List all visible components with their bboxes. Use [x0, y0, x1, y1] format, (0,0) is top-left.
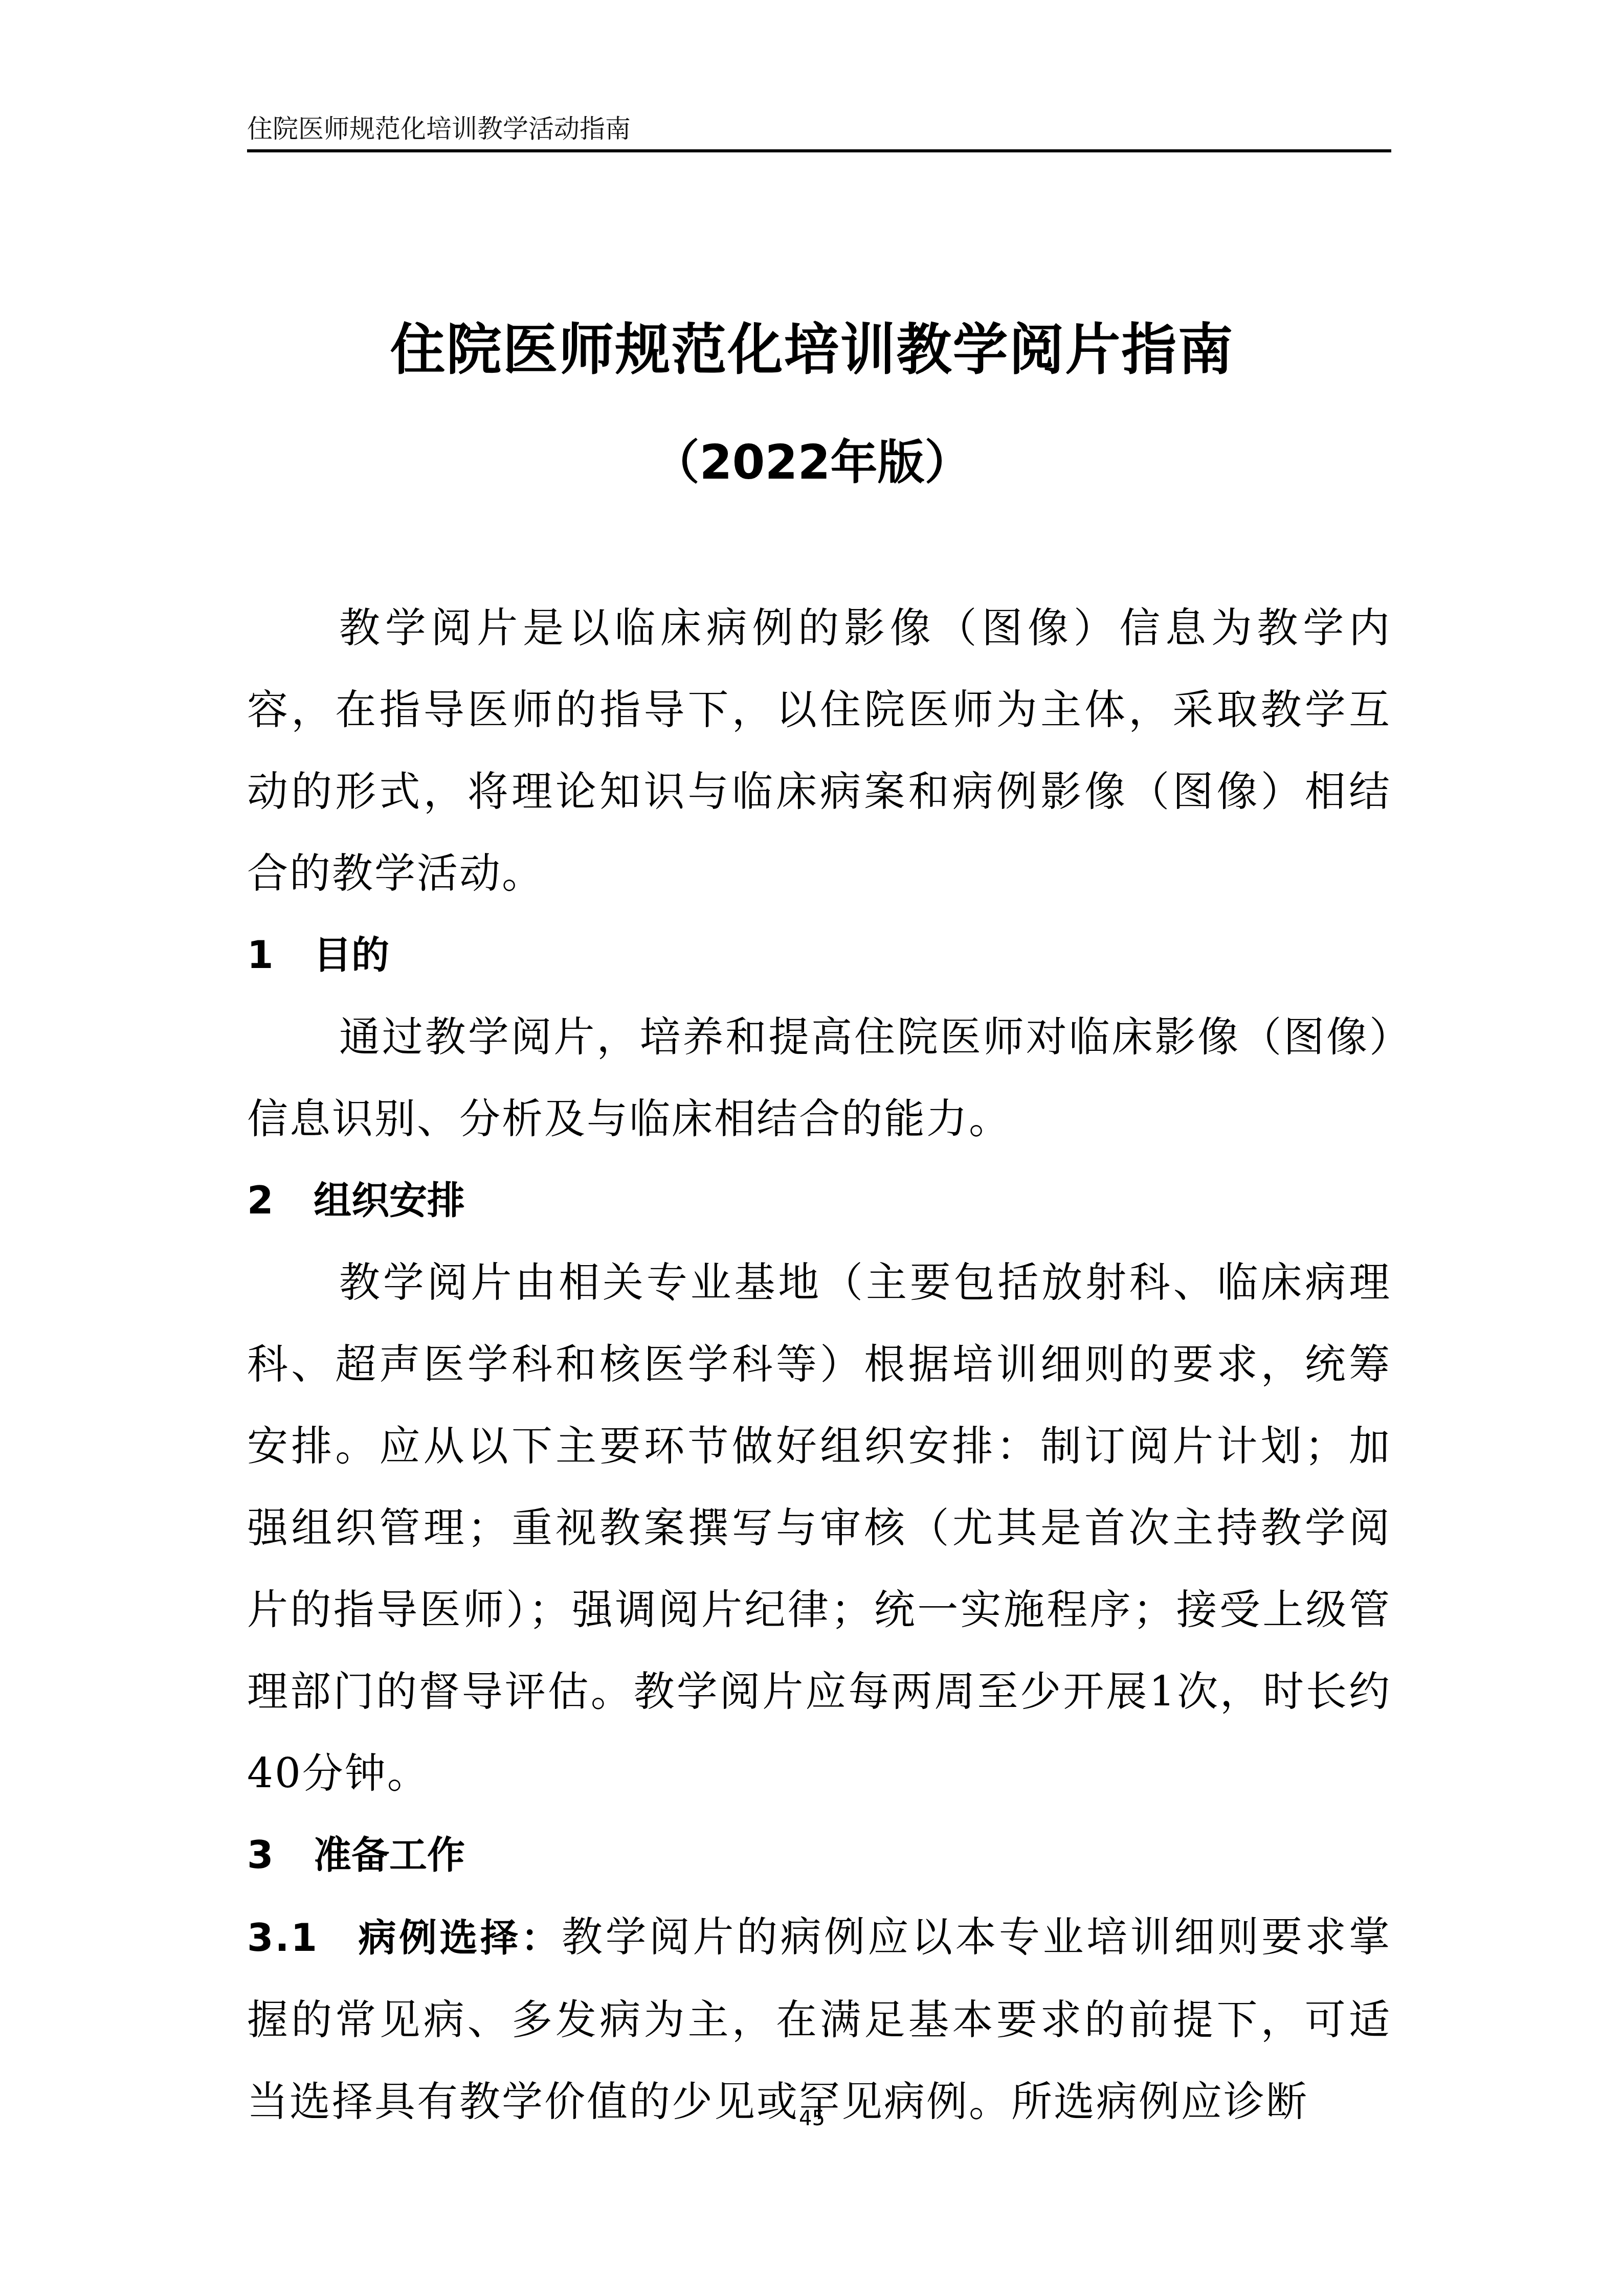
section-heading-preparation: 3准备工作: [247, 1814, 1391, 1896]
document-title: 住院医师规范化培训教学阅片指南: [0, 317, 1624, 384]
intro-paragraph: 教学阅片是以临床病例的影像（图像）信息为教学内容，在指导医师的指导下，以住院医师…: [247, 587, 1391, 914]
subsection-number: 3.1: [247, 1897, 357, 1979]
section-number: 1: [247, 914, 314, 996]
section-heading-organization: 2组织安排: [247, 1160, 1391, 1242]
document-subtitle: （2022年版）: [0, 435, 1624, 491]
section-purpose-body: 通过教学阅片，培养和提高住院医师对临床影像（图像）信息识别、分析及与临床相结合的…: [247, 996, 1391, 1160]
section-heading-purpose: 1目的: [247, 914, 1391, 996]
subsection-title: 病例选择：: [357, 1916, 562, 1960]
section-number: 2: [247, 1160, 314, 1242]
header-rule: [247, 149, 1391, 152]
section-number: 3: [247, 1814, 314, 1896]
running-header: 住院医师规范化培训教学活动指南: [247, 114, 631, 144]
page-number: 45: [0, 2106, 1624, 2131]
section-title: 准备工作: [314, 1833, 465, 1877]
section-title: 组织安排: [314, 1179, 465, 1223]
section-organization-body: 教学阅片由相关专业基地（主要包括放射科、临床病理科、超声医学科和核医学科等）根据…: [247, 1242, 1391, 1814]
document-body: 教学阅片是以临床病例的影像（图像）信息为教学内容，在指导医师的指导下，以住院医师…: [247, 587, 1391, 2143]
subsection-label: 3.1病例选择：: [247, 1916, 562, 1960]
section-title: 目的: [314, 933, 389, 977]
